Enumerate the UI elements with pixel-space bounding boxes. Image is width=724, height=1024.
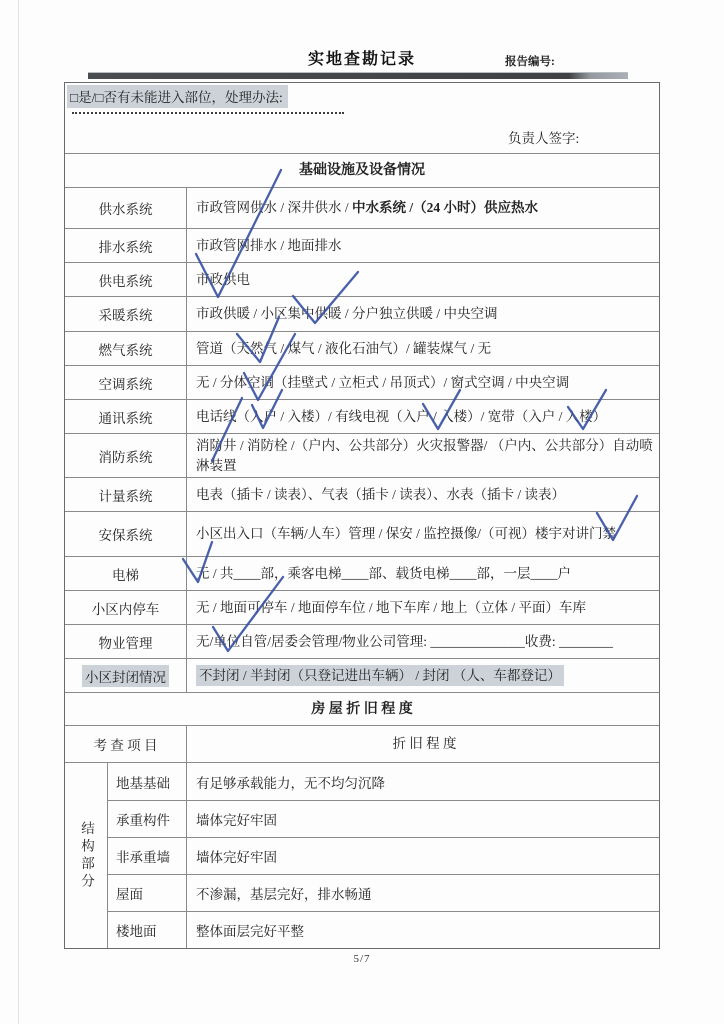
row-label: 物业管理 [65, 625, 187, 658]
table-row-enclosure-status: 小区封闭情况 不封闭 / 半封闭（只登记进出车辆） / 封闭 （人、车都登记） [65, 658, 659, 692]
depreciation-header-row: 考 查 项 目 折 旧 程 度 [65, 725, 659, 762]
row-label: 承重构件 [108, 801, 187, 837]
row-label: 小区封闭情况 [65, 659, 187, 692]
table-row: 供电系统 市政供电 [65, 262, 659, 296]
group-label-structure: 结构部分 [65, 763, 108, 948]
row-content-bold-text: 中水系统 /（24 小时）供应热水 [352, 200, 538, 215]
table-row: 采暖系统 市政供暖 / 小区集中供暖 / 分户独立供暖 / 中央空调 [65, 296, 659, 331]
table-row: 电梯 无 / 共____部，乘客电梯____部、载货电梯____部，一层____… [65, 556, 659, 590]
row-content: 整体面层完好平整 [187, 912, 659, 948]
row-content: 消防井 / 消防栓 /（户内、公共部分）火灾报警器/ （户内、公共部分）自动喷淋… [187, 434, 659, 477]
table-row: 安保系统 小区出入口（车辆/人车）管理 / 保安 / 监控摄像/（可视）楼宇对讲… [65, 511, 659, 556]
section-title-infrastructure: 基础设施及设备情况 [65, 153, 659, 187]
table-row: 通讯系统 电话线（入户 / 入楼）/ 有线电视（入户 / 入楼）/ 宽带（入户 … [65, 399, 659, 433]
row-label: 楼地面 [108, 912, 187, 948]
row-content: 市政供电 [187, 263, 659, 296]
row-content: 小区出入口（车辆/人车）管理 / 保安 / 监控摄像/（可视）楼宇对讲门禁 [187, 512, 659, 556]
column-header-degree: 折 旧 程 度 [187, 726, 659, 762]
structure-group: 结构部分 地基基础 有足够承载能力，无不均匀沉降 承重构件 墙体完好牢固 非承重… [65, 762, 659, 948]
row-content: 不封闭 / 半封闭（只登记进出车辆） / 封闭 （人、车都登记） [187, 659, 659, 692]
header-rule [88, 72, 628, 79]
row-content: 市政管网排水 / 地面排水 [187, 229, 659, 262]
row-label: 排水系统 [65, 229, 187, 262]
table-row: 排水系统 市政管网排水 / 地面排水 [65, 228, 659, 262]
row-label: 小区内停车 [65, 591, 187, 624]
highlighted-content: 不封闭 / 半封闭（只登记进出车辆） / 封闭 （人、车都登记） [196, 665, 564, 687]
row-content: 无 / 分体空调（挂壁式 / 立柜式 / 吊顶式）/ 窗式空调 / 中央空调 [187, 366, 659, 399]
row-label: 非承重墙 [108, 838, 187, 874]
column-header-item: 考 查 项 目 [65, 726, 187, 762]
dotted-fill-line [72, 109, 344, 114]
row-content: 电话线（入户 / 入楼）/ 有线电视（入户 / 入楼）/ 宽带（入户 / 入楼） [187, 400, 659, 433]
scan-edge-line [18, 0, 19, 1024]
intro-box: □是/□否有未能进入部位，处理办法: 负责人签字: [65, 83, 659, 153]
entry-status-line: □是/□否有未能进入部位，处理办法: [67, 85, 288, 108]
survey-table: □是/□否有未能进入部位，处理办法: 负责人签字: 基础设施及设备情况 供水系统… [64, 82, 660, 949]
row-label: 空调系统 [65, 366, 187, 399]
row-content: 墙体完好牢固 [187, 838, 659, 874]
row-label: 消防系统 [65, 434, 187, 477]
row-label: 燃气系统 [65, 332, 187, 365]
row-label: 电梯 [65, 557, 187, 590]
row-label: 安保系统 [65, 512, 187, 556]
page-number: 5/7 [0, 953, 724, 965]
highlighted-label: 小区封闭情况 [82, 665, 169, 687]
row-content: 市政供暖 / 小区集中供暖 / 分户独立供暖 / 中央空调 [187, 297, 659, 331]
row-label: 采暖系统 [65, 297, 187, 331]
row-label: 通讯系统 [65, 400, 187, 433]
section-title-depreciation: 房 屋 折 旧 程 度 [65, 692, 659, 725]
row-content: 电表（插卡 / 读表）、气表（插卡 / 读表）、水表（插卡 / 读表） [187, 478, 659, 511]
row-content: 无 / 共____部，乘客电梯____部、载货电梯____部，一层____户 [187, 557, 659, 590]
row-content: 无 / 地面可停车 / 地面停车位 / 地下车库 / 地上（立体 / 平面）车库 [187, 591, 659, 624]
signature-label: 负责人签字: [508, 127, 579, 147]
table-row: 消防系统 消防井 / 消防栓 /（户内、公共部分）火灾报警器/ （户内、公共部分… [65, 433, 659, 477]
row-label: 计量系统 [65, 478, 187, 511]
row-label: 供电系统 [65, 263, 187, 296]
table-row: 空调系统 无 / 分体空调（挂壁式 / 立柜式 / 吊顶式）/ 窗式空调 / 中… [65, 365, 659, 399]
table-row: 计量系统 电表（插卡 / 读表）、气表（插卡 / 读表）、水表（插卡 / 读表） [65, 477, 659, 511]
group-label-text: 结构部分 [76, 821, 96, 891]
table-row: 非承重墙 墙体完好牢固 [108, 837, 659, 874]
row-label: 地基基础 [108, 763, 187, 800]
table-row: 物业管理 无/单位自管/居委会管理/物业公司管理: ______________… [65, 624, 659, 658]
table-row: 小区内停车 无 / 地面可停车 / 地面停车位 / 地下车库 / 地上（立体 /… [65, 590, 659, 624]
table-row: 供水系统 市政管网供水 / 深井供水 / 中水系统 /（24 小时）供应热水 [65, 187, 659, 228]
row-content: 市政管网供水 / 深井供水 / 中水系统 /（24 小时）供应热水 [187, 188, 659, 228]
row-content: 墙体完好牢固 [187, 801, 659, 837]
table-row: 承重构件 墙体完好牢固 [108, 800, 659, 837]
report-number-label: 报告编号: [505, 53, 555, 69]
row-content: 有足够承载能力，无不均匀沉降 [187, 763, 659, 800]
row-label: 屋面 [108, 875, 187, 911]
table-row: 楼地面 整体面层完好平整 [108, 911, 659, 948]
table-row: 地基基础 有足够承载能力，无不均匀沉降 [108, 763, 659, 800]
row-label: 供水系统 [65, 188, 187, 228]
scanned-document-page: 实地查勘记录 报告编号: □是/□否有未能进入部位，处理办法: 负责人签字: 基… [0, 0, 724, 1024]
structure-rows: 地基基础 有足够承载能力，无不均匀沉降 承重构件 墙体完好牢固 非承重墙 墙体完… [108, 763, 659, 948]
row-content: 无/单位自管/居委会管理/物业公司管理: ______________收费: _… [187, 625, 659, 658]
page-title: 实地查勘记录 [0, 46, 724, 69]
row-content-text: 市政管网供水 / 深井供水 / [196, 200, 352, 215]
row-content: 不渗漏，基层完好，排水畅通 [187, 875, 659, 911]
table-row: 燃气系统 管道（天然气 / 煤气 / 液化石油气）/ 罐装煤气 / 无 [65, 331, 659, 365]
table-row: 屋面 不渗漏，基层完好，排水畅通 [108, 874, 659, 911]
row-content: 管道（天然气 / 煤气 / 液化石油气）/ 罐装煤气 / 无 [187, 332, 659, 365]
